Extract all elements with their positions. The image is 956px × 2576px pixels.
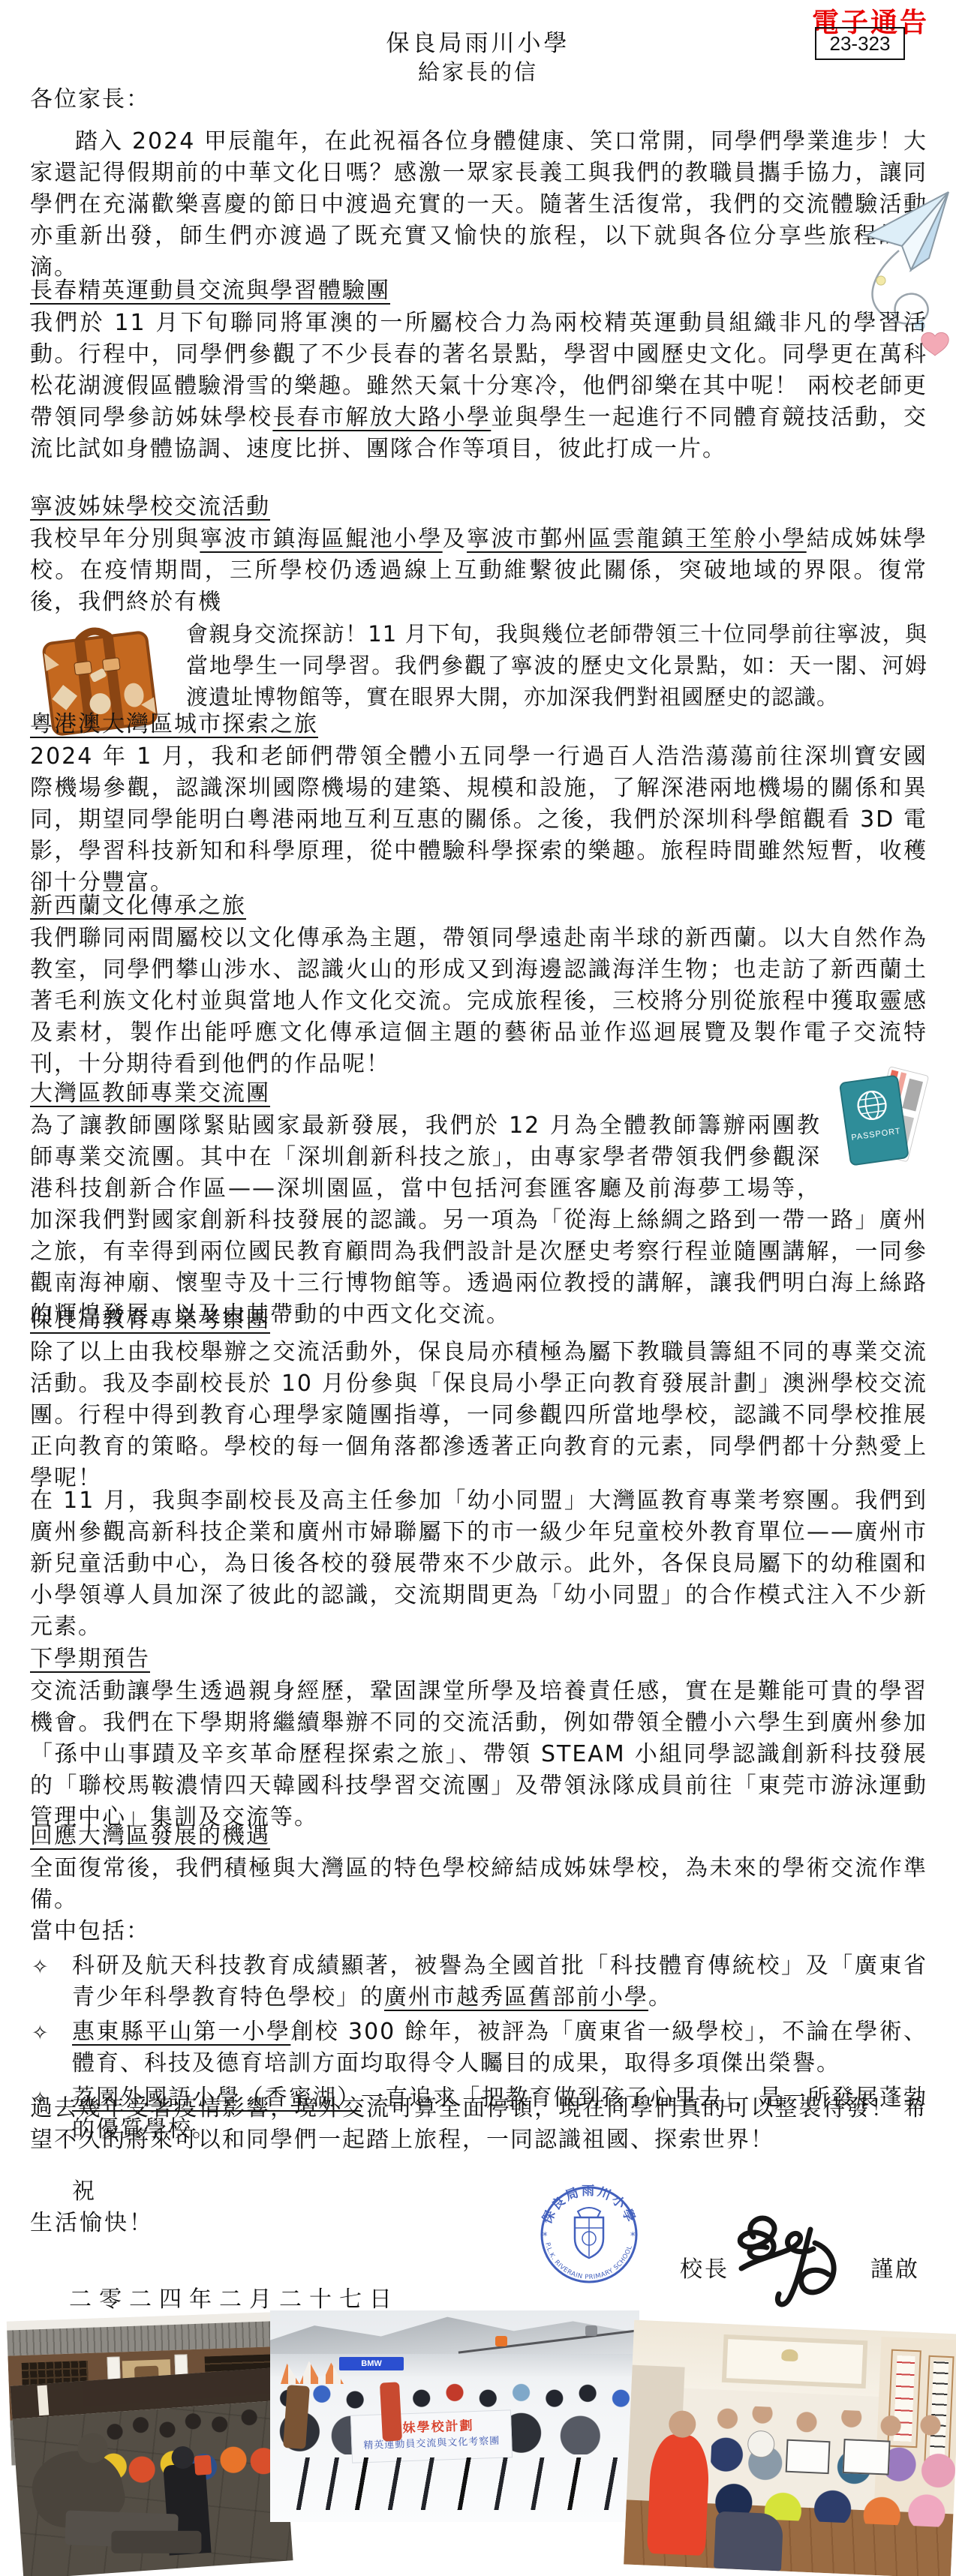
- section-paragraph: 我們聯同兩間屬校以文化傳承為主題，帶領同學遠赴南半球的新西蘭。以大自然作為教室，…: [30, 923, 927, 1080]
- signoff-role-label: 校長: [680, 2250, 729, 2283]
- section-new-zealand: 新西蘭文化傳承之旅 我們聯同兩間屬校以文化傳承為主題，帶領同學遠赴南半球的新西蘭…: [30, 890, 927, 1080]
- photo-indoor-group: [624, 2320, 956, 2576]
- underlined-school-name: 寧波市鄞州區雲龍鎮王笙舲小學: [467, 526, 807, 552]
- ningbo-wrap-block: 會親身交流探訪！11 月下旬，我與幾位老師帶領三十位同學前往寧波，與當地學生一同…: [30, 618, 927, 713]
- salutation: 各位家長：: [30, 84, 150, 116]
- section-heading: 粵港澳大灣區城市探索之旅: [30, 708, 318, 741]
- letter-date: 二零二四年二月二十七日: [69, 2280, 399, 2313]
- text-run: 。: [648, 1984, 672, 2010]
- section-gba-city: 粵港澳大灣區城市探索之旅 2024 年 1 月，我和老師們帶領全體小五同學一行過…: [30, 708, 927, 899]
- closing-section: 過去幾年受著疫情影響，境外交流可算全面停頓，現在同學們真的可以整裝待發！ 希望不…: [30, 2093, 927, 2156]
- section-next-term: 下學期預告 交流活動讓學生透過親身經歷，鞏固課堂所學及培養責任感，實在是難能可貴…: [30, 1643, 927, 1833]
- photo-statue-group: [10, 2367, 293, 2576]
- underlined-school-name: 廣州市越秀區舊部前小學: [384, 1984, 648, 2010]
- section-ningbo: 寧波姊妹學校交流活動 我校早年分別與寧波市鎮海區鯤池小學及寧波市鄞州區雲龍鎮王笙…: [30, 491, 927, 746]
- wish-line-2: 生活愉快！: [30, 2204, 154, 2237]
- stamp-star-right: *: [630, 2231, 636, 2242]
- underlined-school-name: 寧波市鎮海區鯤池小學: [200, 526, 442, 552]
- school-stamp: 保良局雨川小學 P.L.K. RIVERAIN PRIMARY SCHOOL *…: [536, 2181, 642, 2288]
- closing-paragraph: 過去幾年受著疫情影響，境外交流可算全面停頓，現在同學們真的可以整裝待發！ 希望不…: [30, 2093, 927, 2156]
- section-heading: 大灣區教師專業交流團: [30, 1077, 270, 1110]
- underlined-school-name: 惠東縣平山第一小學: [72, 2019, 290, 2045]
- photo-ski-group: BMW 姊妹學校計劃 精英運動員交流與文化考察團: [270, 2310, 639, 2522]
- section-paragraph: 我校早年分別與寧波市鎮海區鯤池小學及寧波市鄞州區雲龍鎮王笙舲小學結成姊妹學校。在…: [30, 524, 927, 618]
- text-run: 及: [443, 526, 467, 552]
- slope-banner-text: BMW: [339, 2357, 404, 2370]
- section-intro: 全面復常後，我們積極與大灣區的特色學校締結成姊妹學校，為未來的學術交流作準備。當…: [30, 1853, 927, 1947]
- section-paragraph: 我們於 11 月下旬聯同將軍澳的一所屬校合力為兩校精英運動員組織非凡的學習活動。…: [30, 308, 927, 465]
- section-heading: 回應大灣區發展的機遇: [30, 1820, 270, 1853]
- intro-paragraph: 踏入 2024 甲辰龍年，在此祝福各位身體健康、笑口常開，同學們學業進步！大家還…: [30, 126, 927, 284]
- section-heading: 保良局教育專業考察團: [30, 1304, 270, 1337]
- letter-page: 保良局雨川小學 給家長的信 電子通告 23-323 各位家長： 踏入 2024 …: [0, 0, 956, 2576]
- section-paragraph: 交流活動讓學生透過親身經歷，鞏固課堂所學及培養責任感，實在是難能可貴的學習機會。…: [30, 1676, 927, 1833]
- diamond-bullet-icon: ✧: [32, 2018, 50, 2049]
- principal-signature: [726, 2204, 866, 2316]
- list-item: ✧科研及航天科技教育成績顯著，被譽為全國首批「科技體育傳統校」及「廣東省青少年科…: [30, 1950, 927, 2013]
- intro-section: 踏入 2024 甲辰龍年，在此祝福各位身體健康、笑口常開，同學們學業進步！大家還…: [30, 126, 927, 284]
- reference-number-box: 23-323: [815, 27, 905, 60]
- passport-icon: PASSPORT: [834, 1067, 933, 1170]
- alliance-paragraph-section: 在 11 月，我與李副校長及高主任參加「幼小同盟」大灣區教育專業考察團。我們到廣…: [30, 1485, 927, 1643]
- alliance-paragraph: 在 11 月，我與李副校長及高主任參加「幼小同盟」大灣區教育專業考察團。我們到廣…: [30, 1485, 927, 1643]
- diamond-bullet-icon: ✧: [32, 1952, 50, 1983]
- text-run: 全面復常後，我們積極與大灣區的特色學校締結成姊妹學校，為未來的學術交流作準備。: [30, 1855, 927, 1913]
- stamp-star-left: *: [543, 2231, 548, 2242]
- list-item: ✧惠東縣平山第一小學創校 300 餘年，被評為「廣東省一級學校」，不論在學術、體…: [30, 2016, 927, 2079]
- section-paragraph: 2024 年 1 月，我和老師們帶領全體小五同學一行過百人浩浩蕩蕩前往深圳寶安國…: [30, 741, 927, 899]
- include-label: 當中包括：: [30, 1918, 150, 1944]
- section-heading: 寧波姊妹學校交流活動: [30, 491, 270, 524]
- section-paragraph: 除了以上由我校舉辦之交流活動外，保良局亦積極為屬下教職員籌組不同的專業交流活動。…: [30, 1337, 927, 1494]
- letter-subtitle: 給家長的信: [0, 56, 956, 86]
- section-heading: 下學期預告: [30, 1643, 150, 1676]
- section-plk-edu: 保良局教育專業考察團 除了以上由我校舉辦之交流活動外，保良局亦積極為屬下教職員籌…: [30, 1304, 927, 1494]
- underlined-school-name: 長春市解放大路小學: [272, 404, 491, 431]
- signoff-suffix-label: 謹啟: [870, 2250, 920, 2283]
- wish-line-1: 祝: [72, 2172, 97, 2205]
- section-heading: 長春精英運動員交流與學習體驗團: [30, 275, 390, 308]
- text-run: 我校早年分別與: [30, 526, 200, 552]
- section-paragraph: 為了讓教師團隊緊貼國家最新發展，我們於 12 月為全體教師籌辦兩團教師專業交流團…: [30, 1110, 927, 1331]
- section-gba-teachers: PASSPORT 大灣區教師專業交流團 為了讓教師團隊緊貼國家最新發展，我們於 …: [30, 1077, 927, 1331]
- section-heading: 新西蘭文化傳承之旅: [30, 890, 246, 923]
- section-changchun: 長春精英運動員交流與學習體驗團 我們於 11 月下旬聯同將軍澳的一所屬校合力為兩…: [30, 275, 927, 465]
